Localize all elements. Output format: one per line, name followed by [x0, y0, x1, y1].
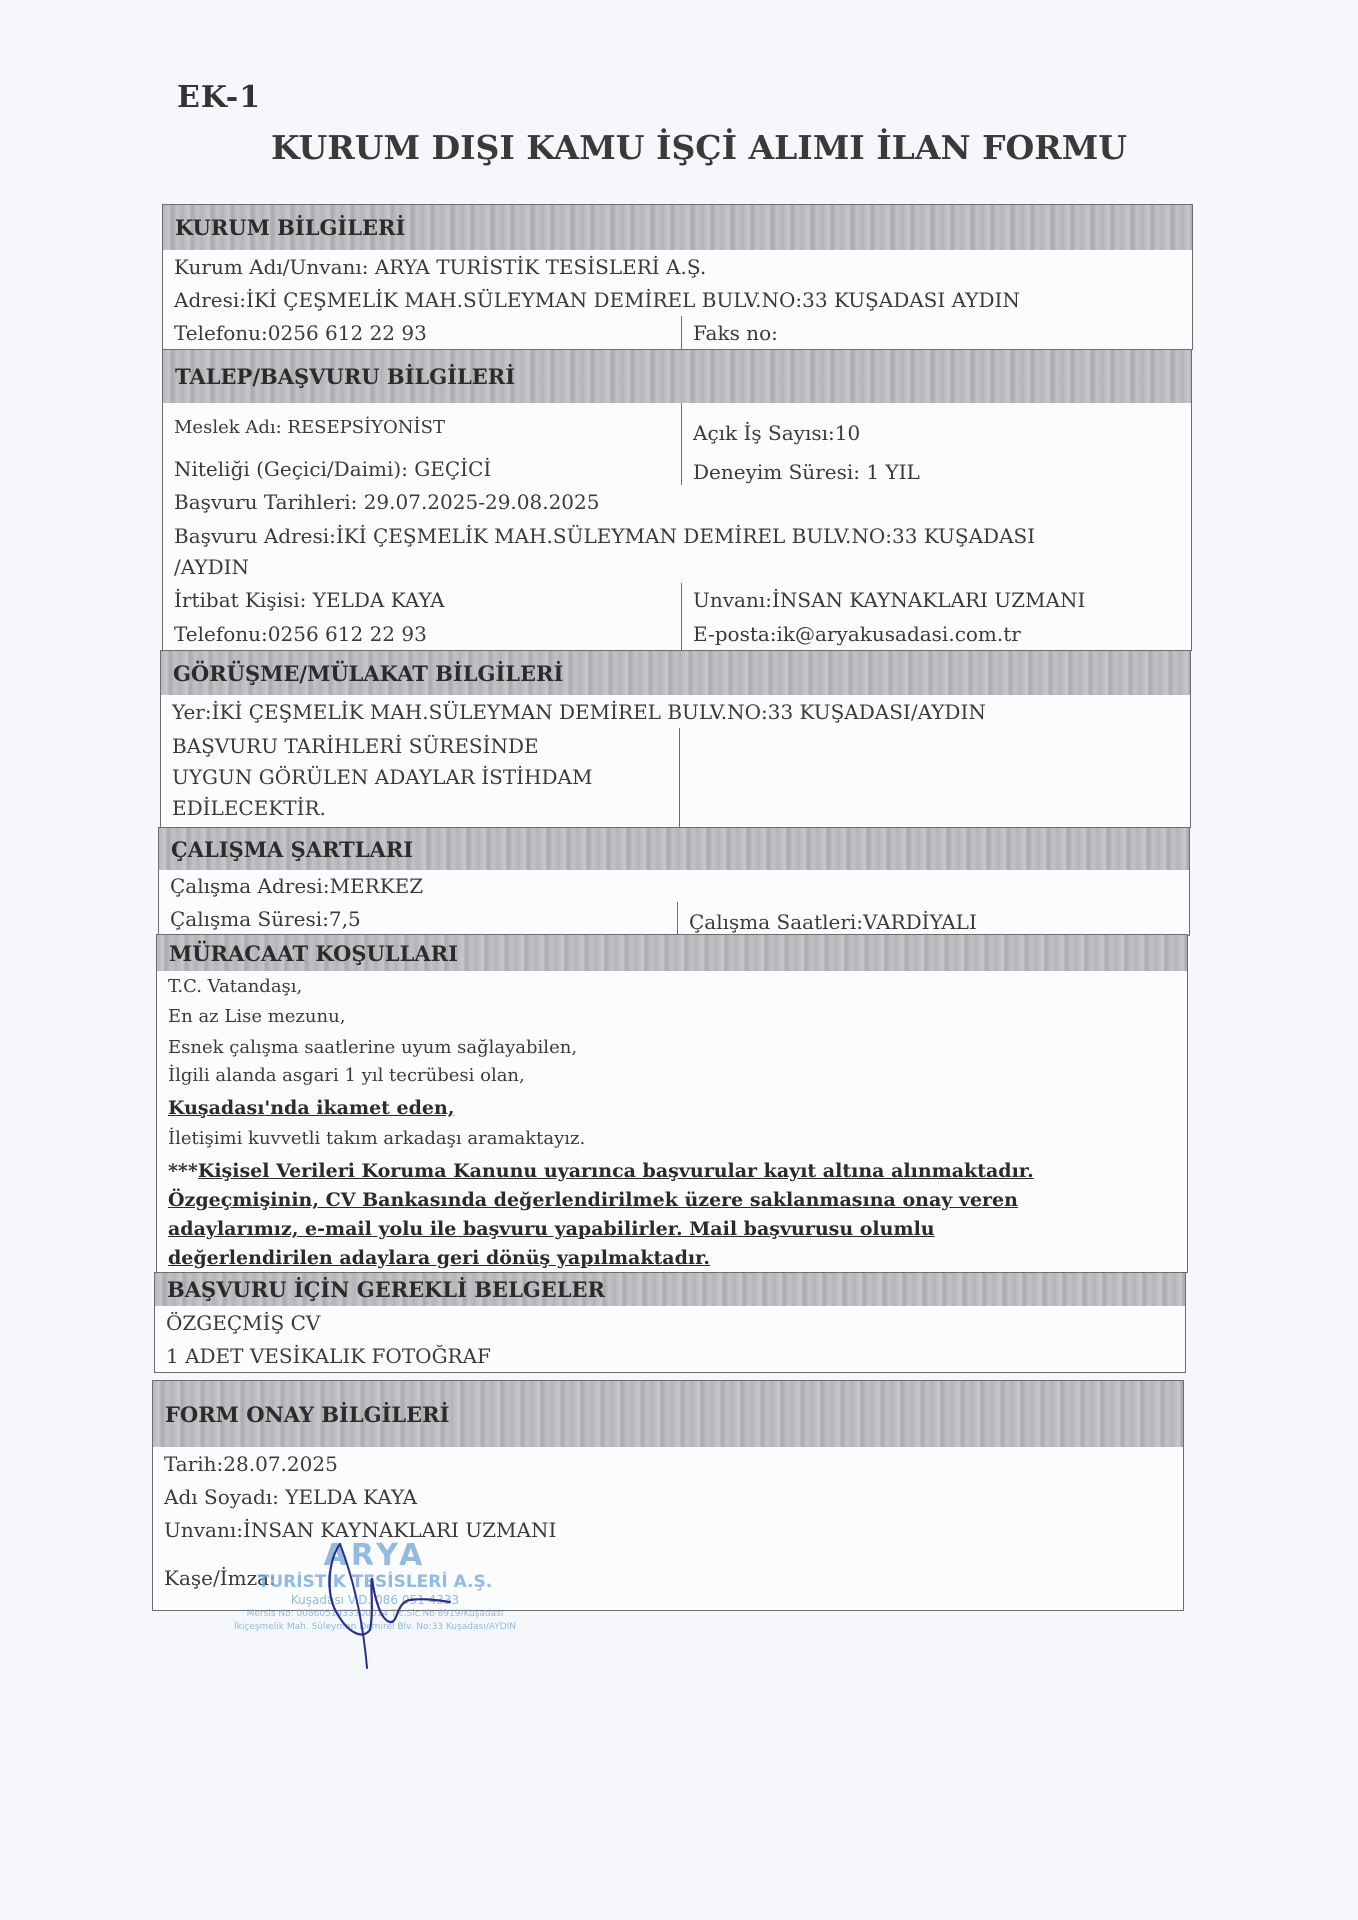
- interview-place: Yer:İKİ ÇEŞMELİK MAH.SÜLEYMAN DEMİREL BU…: [161, 695, 1190, 728]
- row-condition: T.C. Vatandaşı,: [156, 971, 1188, 1002]
- kvkk-notice: ***Kişisel Verileri Koruma Kanunu uyarın…: [157, 1153, 1187, 1272]
- interview-note-line: UYGUN GÖRÜLEN ADAYLAR İSTİHDAM: [172, 762, 592, 793]
- application-dates: Başvuru Tarihleri: 29.07.2025-29.08.2025: [163, 485, 1191, 518]
- row-contact: İrtibat Kişisi: YELDA KAYA Unvanı:İNSAN …: [162, 583, 1192, 618]
- row-condition: İletişimi kuvvetli takım arkadaşı aramak…: [156, 1123, 1188, 1154]
- condition-item: İlgili alanda asgari 1 yıl tecrübesi ola…: [168, 1062, 525, 1090]
- row-condition: Kuşadası'nda ikamet eden,: [156, 1092, 1188, 1124]
- required-document: ÖZGEÇMİŞ CV: [155, 1306, 1185, 1340]
- row-work-duration: Çalışma Süresi:7,5 Çalışma Saatleri:VARD…: [158, 902, 1190, 936]
- row-approval-date: Tarih:28.07.2025: [152, 1447, 1184, 1481]
- apply-address-line1: Başvuru Adresi:İKİ ÇEŞMELİK MAH.SÜLEYMAN…: [174, 521, 1035, 552]
- section-header-calisma: ÇALIŞMA ŞARTLARI: [158, 827, 1190, 871]
- row-condition: En az Lise mezunu,: [156, 1001, 1188, 1032]
- kvkk-line: adaylarımız, e-mail yolu ile başvuru yap…: [168, 1215, 935, 1244]
- row-document: 1 ADET VESİKALIK FOTOĞRAF: [154, 1340, 1186, 1373]
- required-document: 1 ADET VESİKALIK FOTOĞRAF: [155, 1340, 1185, 1372]
- row-occupation: Meslek Adı: RESEPSİYONİST Açık İş Sayısı…: [162, 403, 1192, 453]
- row-kurum-name: Kurum Adı/Unvanı: ARYA TURİSTİK TESİSLER…: [162, 250, 1193, 284]
- row-condition: Esnek çalışma saatlerine uyum sağlayabil…: [156, 1031, 1188, 1093]
- open-positions: Açık İş Sayısı:10: [681, 403, 1191, 452]
- section-header-belgeler: BAŞVURU İÇİN GEREKLİ BELGELER: [154, 1272, 1186, 1307]
- row-approver-name: Adı Soyadı: YELDA KAYA: [152, 1480, 1184, 1514]
- row-document: ÖZGEÇMİŞ CV: [154, 1306, 1186, 1341]
- section-header-muracaat: MÜRACAAT KOŞULLARI: [156, 934, 1188, 972]
- row-kurum-address: Adresi:İKİ ÇEŞMELİK MAH.SÜLEYMAN DEMİREL…: [162, 283, 1193, 317]
- work-duration: Çalışma Süresi:7,5: [159, 902, 677, 935]
- row-nature: Niteliği (Geçici/Daimi): GEÇİCİ Deneyim …: [162, 452, 1192, 486]
- kvkk-line: değerlendirilen adaylara geri dönüş yapı…: [168, 1244, 710, 1273]
- condition-item-group: Esnek çalışma saatlerine uyum sağlayabil…: [157, 1031, 1187, 1092]
- contact-person: İrtibat Kişisi: YELDA KAYA: [163, 583, 681, 617]
- section-header-onay: FORM ONAY BİLGİLERİ: [152, 1380, 1184, 1448]
- row-kurum-phone: Telefonu:0256 612 22 93 Faks no:: [162, 316, 1193, 350]
- condition-item: T.C. Vatandaşı,: [157, 971, 1187, 1001]
- experience: Deneyim Süresi: 1 YIL: [681, 452, 1191, 485]
- kurum-name: Kurum Adı/Unvanı: ARYA TURİSTİK TESİSLER…: [163, 250, 1192, 283]
- signature-icon: [270, 1540, 470, 1670]
- approver-name: Adı Soyadı: YELDA KAYA: [153, 1480, 1183, 1513]
- interview-note-line: EDİLECEKTİR.: [172, 793, 326, 824]
- work-address: Çalışma Adresi:MERKEZ: [159, 870, 1189, 902]
- kurum-fax: Faks no:: [681, 316, 1192, 349]
- interview-note-empty: [679, 728, 1190, 827]
- condition-item: Esnek çalışma saatlerine uyum sağlayabil…: [168, 1034, 577, 1062]
- row-apply-address: Başvuru Adresi:İKİ ÇEŞMELİK MAH.SÜLEYMAN…: [162, 518, 1192, 584]
- section-header-talep: TALEP/BAŞVURU BİLGİLERİ: [162, 349, 1192, 404]
- kvkk-line: Kişisel Verileri Koruma Kanunu uyarınca …: [198, 1160, 1034, 1182]
- kvkk-line: Özgeçmişinin, CV Bankasında değerlendiri…: [168, 1186, 1018, 1215]
- kvkk-prefix: ***: [168, 1160, 198, 1182]
- section-header-gorusme: GÖRÜŞME/MÜLAKAT BİLGİLERİ: [160, 650, 1191, 696]
- row-interview-note: BAŞVURU TARİHLERİ SÜRESİNDE UYGUN GÖRÜLE…: [160, 728, 1191, 828]
- contact-email[interactable]: E-posta:ik@aryakusadasi.com.tr: [681, 617, 1191, 650]
- row-contact-phone: Telefonu:0256 612 22 93 E-posta:ik@aryak…: [162, 617, 1192, 651]
- kurum-address: Adresi:İKİ ÇEŞMELİK MAH.SÜLEYMAN DEMİREL…: [163, 283, 1192, 316]
- approval-date: Tarih:28.07.2025: [153, 1447, 1183, 1480]
- occupation: Meslek Adı: RESEPSİYONİST: [163, 403, 681, 452]
- row-interview-place: Yer:İKİ ÇEŞMELİK MAH.SÜLEYMAN DEMİREL BU…: [160, 695, 1191, 729]
- condition-item: İletişimi kuvvetli takım arkadaşı aramak…: [157, 1123, 1187, 1153]
- apply-address-line2: /AYDIN: [174, 552, 249, 583]
- apply-address: Başvuru Adresi:İKİ ÇEŞMELİK MAH.SÜLEYMAN…: [163, 518, 1191, 583]
- contact-title: Unvanı:İNSAN KAYNAKLARI UZMANI: [681, 583, 1191, 617]
- row-work-address: Çalışma Adresi:MERKEZ: [158, 870, 1190, 903]
- row-kvkk-notice: ***Kişisel Verileri Koruma Kanunu uyarın…: [156, 1153, 1188, 1273]
- interview-note-line: BAŞVURU TARİHLERİ SÜRESİNDE: [172, 731, 539, 762]
- condition-item-residence: Kuşadası'nda ikamet eden,: [157, 1092, 1187, 1123]
- page-title: KURUM DIŞI KAMU İŞÇİ ALIMI İLAN FORMU: [0, 128, 1358, 167]
- contact-phone: Telefonu:0256 612 22 93: [163, 617, 681, 650]
- interview-note: BAŞVURU TARİHLERİ SÜRESİNDE UYGUN GÖRÜLE…: [161, 728, 679, 827]
- job-nature: Niteliği (Geçici/Daimi): GEÇİCİ: [163, 452, 681, 485]
- kurum-phone: Telefonu:0256 612 22 93: [163, 316, 681, 349]
- work-hours: Çalışma Saatleri:VARDİYALI: [677, 902, 1189, 935]
- row-dates: Başvuru Tarihleri: 29.07.2025-29.08.2025: [162, 485, 1192, 519]
- section-header-kurum: KURUM BİLGİLERİ: [162, 204, 1193, 251]
- condition-item: En az Lise mezunu,: [157, 1001, 1187, 1031]
- annex-label: EK-1: [177, 80, 261, 115]
